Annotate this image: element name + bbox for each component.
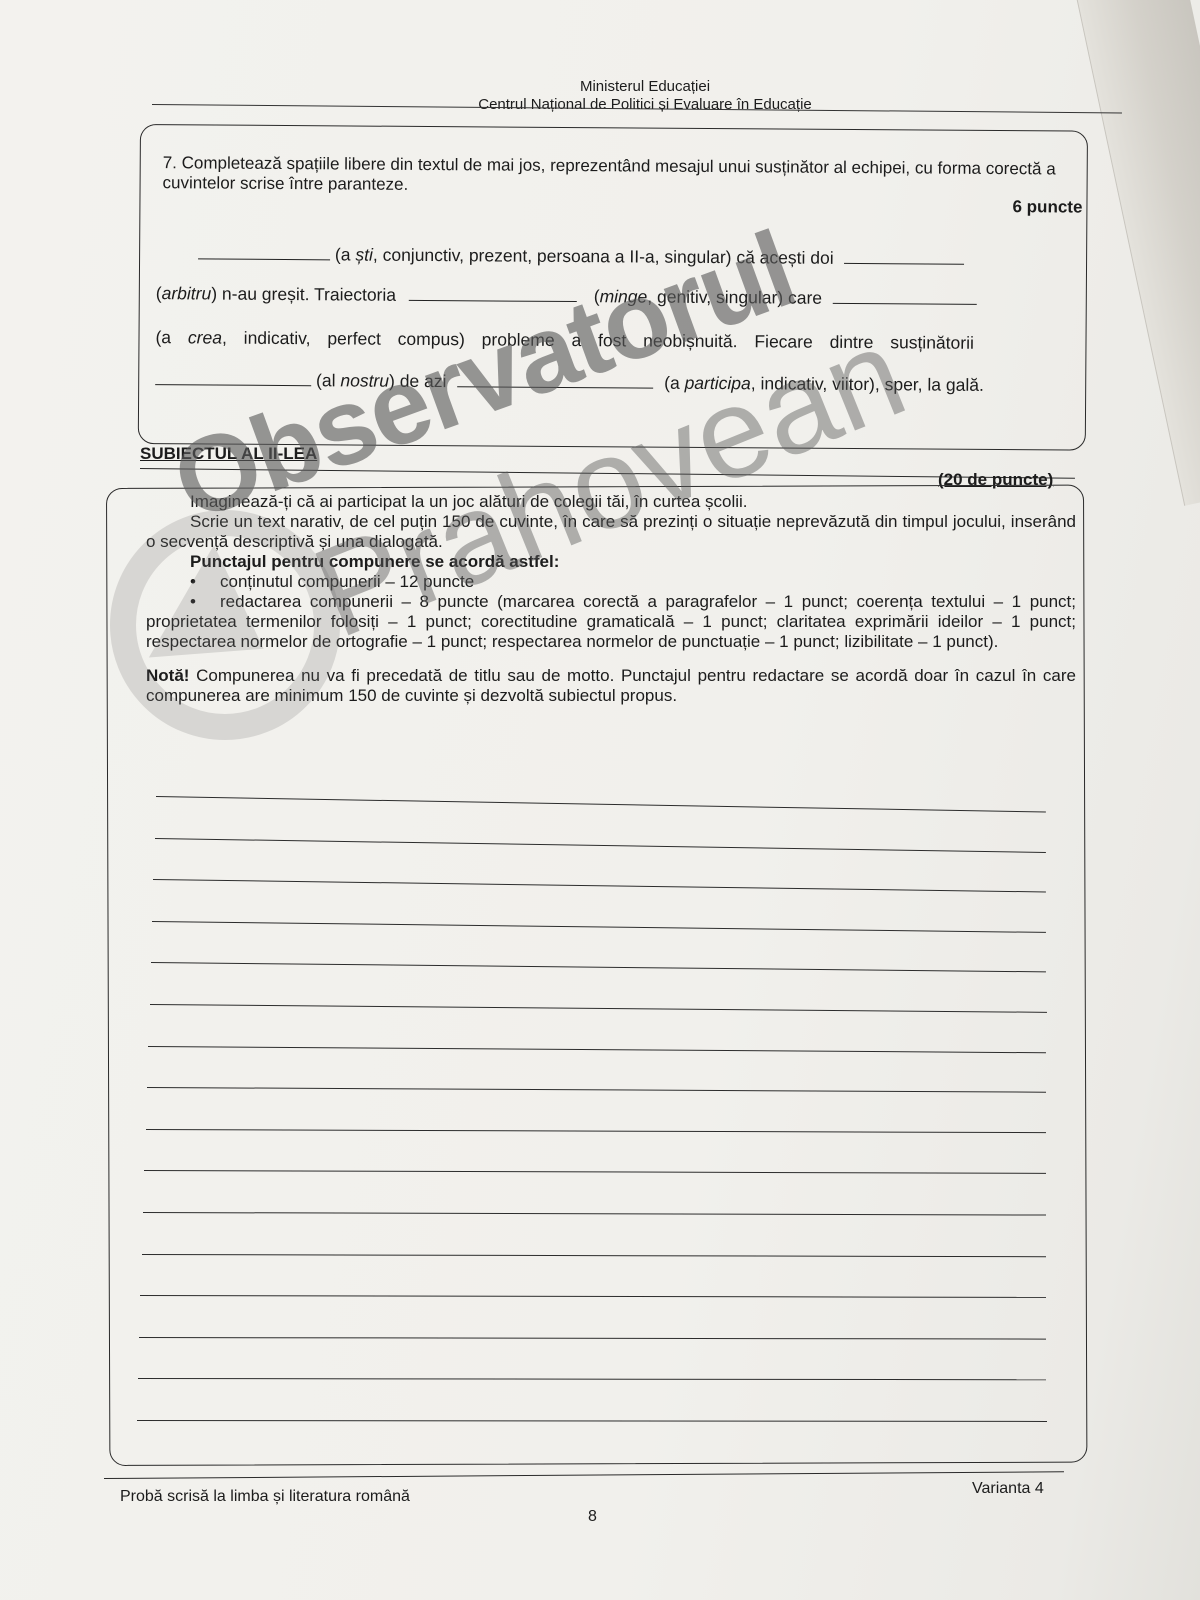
hint-text: (a: [664, 373, 685, 393]
exam-page: Ministerul Educației Centrul Național de…: [0, 0, 1200, 1600]
fill-line-1: (a ști, conjunctiv, prezent, persoana a …: [198, 243, 965, 269]
exercise-7-instruction: 7. Completează spațiile libere din textu…: [163, 153, 1083, 199]
prompt-line-2: Scrie un text narativ, de cel puțin 150 …: [146, 512, 1076, 552]
hint-text: (a: [155, 327, 188, 347]
exam-name: Probă scrisă la limba și literatura româ…: [120, 1488, 410, 1506]
exercise-7-points: 6 puncte: [1012, 197, 1082, 217]
subject-2-title: SUBIECTUL AL II-LEA: [140, 444, 317, 464]
blank-6[interactable]: [457, 372, 653, 388]
page-curl: [1076, 0, 1200, 506]
hint-text: ) n-au greșit. Traiectoria: [211, 284, 396, 305]
blank-4[interactable]: [833, 289, 977, 305]
subject-2-divider: [140, 468, 1075, 479]
hint-text: ) de azi: [389, 371, 447, 391]
hint-text: (al: [316, 370, 340, 390]
fill-line-4: (al nostru) de azi (a participa, indicat…: [155, 369, 984, 396]
hint-text: , indicativ, perfect compus) probleme a …: [222, 328, 974, 353]
variant-label: Varianta 4: [972, 1480, 1044, 1498]
hint-text: , genitiv, singular) care: [647, 287, 822, 308]
hint-word: ști: [355, 245, 373, 265]
hint-word: crea: [188, 327, 222, 347]
blank-3[interactable]: [409, 286, 577, 302]
note-text: Compunerea nu va fi precedată de titlu s…: [146, 666, 1076, 705]
scoring-item-text: redactarea compunerii – 8 puncte (marcar…: [146, 592, 1076, 651]
blank-5[interactable]: [155, 370, 311, 386]
ministry-name: Ministerul Educației: [150, 78, 1100, 96]
hint-word: participa: [685, 373, 751, 393]
prompt-line-1: Imaginează-ți că ai participat la un joc…: [146, 492, 1076, 512]
hint-word: nostru: [340, 370, 389, 390]
note: Notă! Compunerea nu va fi precedată de t…: [146, 666, 1076, 706]
scoring-item-redaction: •redactarea compunerii – 8 puncte (marca…: [146, 592, 1076, 652]
blank-1[interactable]: [198, 244, 330, 260]
scoring-item-content: •conținutul compunerii – 12 puncte: [146, 572, 1076, 592]
blank-2[interactable]: [844, 249, 964, 265]
hint-text: , indicativ, viitor), sper, la gală.: [751, 373, 984, 395]
fill-line-2: (arbitru) n-au greșit. Traiectoria (ming…: [156, 283, 977, 310]
bullet-icon: •: [190, 592, 220, 612]
hint-word: minge: [600, 286, 648, 306]
footer-divider: [104, 1471, 1064, 1479]
bullet-icon: •: [190, 572, 220, 592]
page-number: 8: [588, 1508, 597, 1526]
fill-line-3: (a crea, indicativ, perfect compus) prob…: [155, 327, 974, 354]
hint-text: , conjunctiv, prezent, persoana a II-a, …: [373, 245, 834, 268]
scoring-item-text: conținutul compunerii – 12 puncte: [220, 572, 474, 591]
subject-2-content: Imaginează-ți că ai participat la un joc…: [146, 492, 1076, 706]
note-label: Notă!: [146, 666, 189, 685]
scoring-title: Punctajul pentru compunere se acordă ast…: [146, 552, 1076, 572]
exercise-7-box: 7. Completează spațiile libere din textu…: [138, 124, 1088, 451]
hint-text: (a: [335, 244, 356, 264]
hint-word: arbitru: [162, 283, 212, 303]
